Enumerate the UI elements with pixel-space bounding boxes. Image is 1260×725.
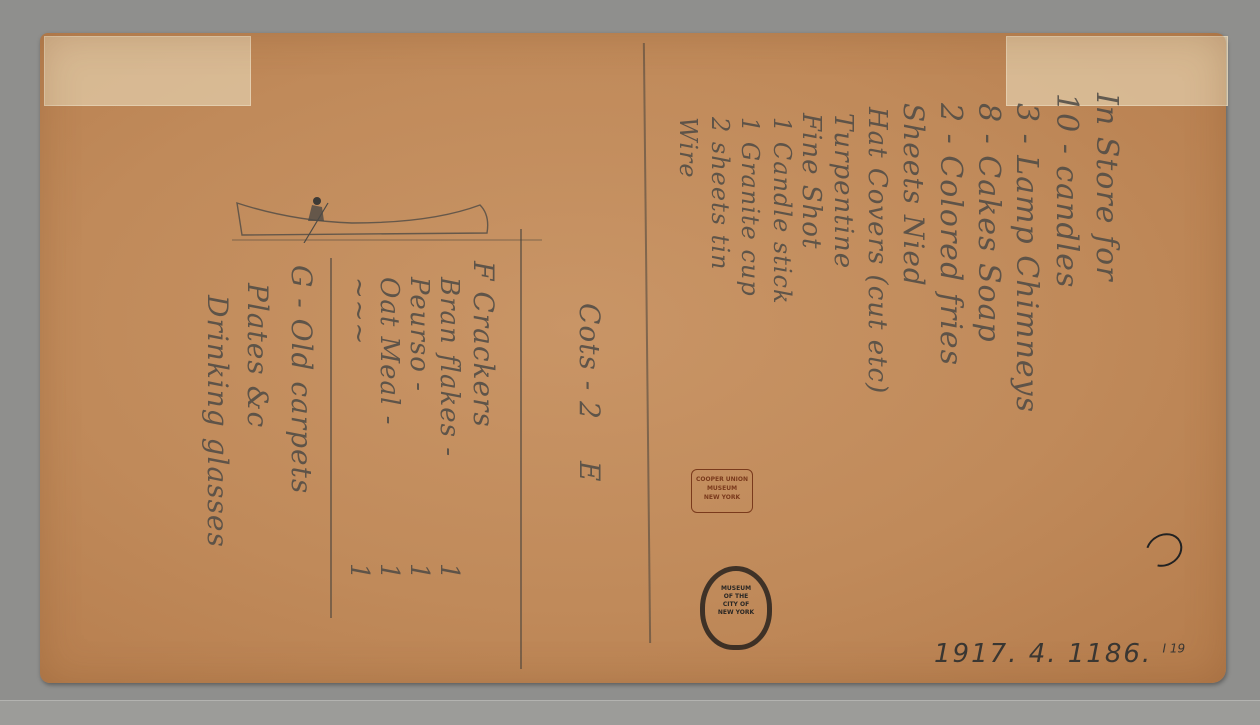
list-line: 3 - Lamp Chimneys [1009, 103, 1044, 413]
list-line: 2 - Colored fries [933, 103, 968, 366]
list-line: 8 - Cakes Soap [971, 103, 1006, 343]
qty: 1 [404, 563, 434, 581]
list-item: Peurso - [404, 277, 434, 392]
list-line: 10 - candles [1049, 93, 1084, 288]
accession-suffix: I 19 [1162, 641, 1185, 655]
list-line: Turpentine [828, 113, 858, 269]
tape-strip-left [44, 36, 251, 106]
stamp-line: MUSEUM [705, 585, 767, 593]
round-ink-stamp: MUSEUM OF THE CITY OF NEW YORK [700, 566, 772, 650]
canoe-sketch-icon [232, 193, 492, 243]
stamp-line: NEW YORK [705, 609, 767, 617]
accession-number: 1917. 4. 1186. I 19 [934, 639, 1185, 669]
divider-main [643, 43, 651, 643]
list-line: 1 Granite cup [736, 117, 764, 297]
stamp-line: COOPER UNION [692, 475, 752, 484]
divider-box-left [330, 258, 332, 618]
list-line: Plates &c [241, 283, 274, 428]
cots-note: Cots - 2 [573, 303, 606, 420]
list-line: Fine Shot [796, 113, 826, 249]
list-line: 1 Candle stick [768, 117, 796, 305]
qty: 1 [374, 563, 404, 581]
stamp-line: CITY OF [705, 601, 767, 609]
list-heading: F Crackers [467, 261, 500, 428]
background-strip [0, 700, 1260, 725]
list-line: Hat Covers (cut etc) [862, 107, 892, 394]
qty: 1 [434, 563, 464, 581]
list-item: ~~~ [344, 277, 374, 345]
stamp-line: MUSEUM [692, 484, 752, 493]
list-item: Bran flakes - [434, 277, 464, 457]
list-line: In Store for [1089, 93, 1124, 282]
qty: 1 [344, 563, 374, 581]
list-line: Drinking glasses [201, 295, 234, 548]
list-line: G - Old carpets [285, 265, 318, 494]
stamp-line: NEW YORK [692, 493, 752, 502]
list-line: 2 sheets tin [706, 117, 734, 270]
section-letter-e: E [573, 461, 606, 482]
document-card: In Store for 10 - candles 3 - Lamp Chimn… [40, 33, 1226, 683]
list-item: Oat Meal - [374, 277, 404, 425]
list-line: Sheets Nied [897, 103, 930, 287]
accession-number-text: 1917. 4. 1186. [934, 639, 1152, 669]
cooper-union-stamp: COOPER UNION MUSEUM NEW YORK [691, 469, 753, 513]
divider-box-right [520, 229, 522, 669]
stamp-line: OF THE [705, 593, 767, 601]
list-line: Wire [674, 117, 702, 179]
corner-c-mark-icon [1140, 527, 1189, 574]
